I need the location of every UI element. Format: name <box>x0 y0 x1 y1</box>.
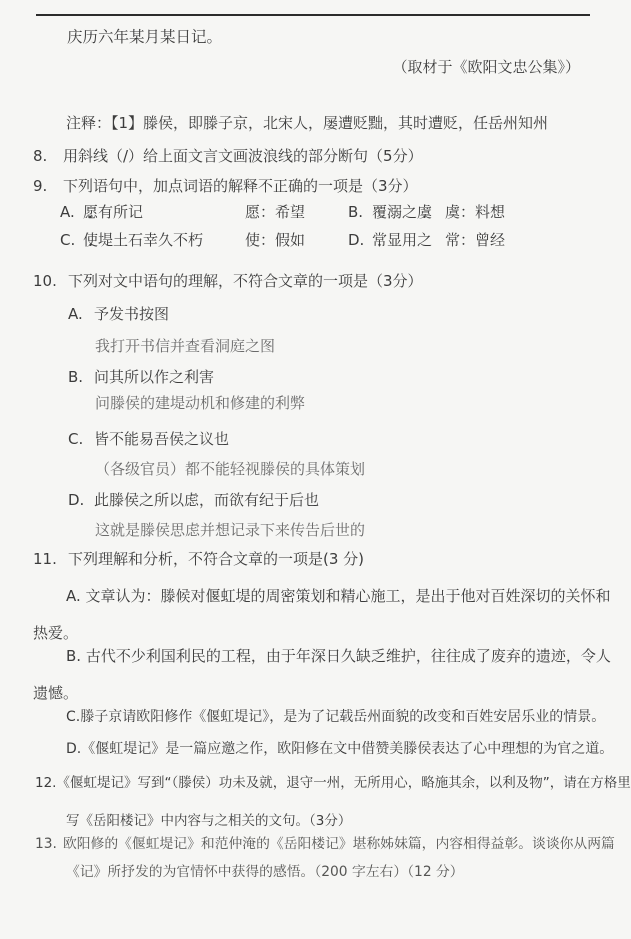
q9-option-c-gloss: 使：假如 <box>245 230 348 250</box>
q11-option-d-text: 《偃虹堤记》是一篇应邀之作，欧阳修在文中借赞美滕侯表达了心中理想的为官之道。 <box>81 741 613 757</box>
source-attribution: （取材于《欧阳文忠公集》） <box>392 56 580 77</box>
q11-option-b-text: 古代不少利国利民的工程，由于年深日久缺乏维护，往往成了废弃的遗迹，令人遗憾。 <box>33 647 611 702</box>
q11-option-d: D.《偃虹堤记》是一篇应邀之作，欧阳修在文中借赞美滕侯表达了心中理想的为官之道。 <box>66 738 613 758</box>
q10-option-d-translation: 这就是滕侯思虑并想记录下来传告后世的 <box>95 519 365 540</box>
date-line: 庆历六年某月某日记。 <box>67 25 222 47</box>
q9-options-row-1: A. 愿有所记 愿：希望 B. 覆溺之虞 虞：料想 <box>60 202 505 222</box>
q10-option-b-phrase: 问其所以作之利害 <box>94 368 214 386</box>
question-8: 8.用斜线（/）给上面文言文画波浪线的部分断句（5分） <box>33 145 423 166</box>
q10-option-a-translation: 我打开书信并查看洞庭之图 <box>95 335 275 356</box>
exam-page: 庆历六年某月某日记。 （取材于《欧阳文忠公集》） 注释：【1】滕侯，即滕子京，北… <box>0 0 631 939</box>
q9-option-b-pre: 覆溺之 <box>372 203 417 221</box>
q9-option-d-label: D. <box>348 230 372 250</box>
q10-option-a-phrase: 予发书按图 <box>94 305 169 323</box>
q10-option-a-label: A. <box>68 305 94 323</box>
q9-option-b-gloss: 虞：料想 <box>445 202 505 222</box>
question-12-number: 12. <box>35 775 56 791</box>
q9-option-d-phrase: 常显用之 <box>372 230 445 250</box>
q9-option-b-dotted-char: 虞 <box>417 203 432 221</box>
question-12-text: 《偃虹堤记》写到“（滕侯）功未及就，退守一州，无所用心，略施其余，以利及物”，请… <box>56 775 631 829</box>
question-11-text: 下列理解和分析，不符合文章的一项是(3 分) <box>68 550 364 568</box>
q10-option-d-label: D. <box>68 491 94 509</box>
q10-option-b: B.问其所以作之利害 <box>68 366 214 387</box>
q9-option-a-phrase: 愿有所记 <box>83 202 245 222</box>
question-10: 10.下列对文中语句的理解，不符合文章的一项是（3分） <box>33 270 423 291</box>
top-divider-line <box>36 14 590 16</box>
q9-option-c-post: 堤土石幸久不朽 <box>98 231 203 249</box>
question-10-text: 下列对文中语句的理解，不符合文章的一项是（3分） <box>68 272 423 290</box>
q9-option-a-post: 有所记 <box>98 203 143 221</box>
q11-option-b-label: B. <box>66 647 86 665</box>
question-12: 12.《偃虹堤记》写到“（滕侯）功未及就，退守一州，无所用心，略施其余，以利及物… <box>35 764 631 840</box>
q10-option-c-phrase: 皆不能易吾侯之议也 <box>94 430 229 448</box>
q9-option-d-gloss: 常：曾经 <box>445 230 505 250</box>
q9-option-a-label: A. <box>60 202 83 222</box>
q9-options-row-2: C. 使堤土石幸久不朽 使：假如 D. 常显用之 常：曾经 <box>60 230 505 250</box>
question-11: 11.下列理解和分析，不符合文章的一项是(3 分) <box>33 548 364 569</box>
question-8-number: 8. <box>33 147 63 165</box>
question-9-number: 9. <box>33 177 63 195</box>
q10-option-d: D.此滕侯之所以虑，而欲有纪于后也 <box>68 489 319 510</box>
question-13-text: 欧阳修的《偃虹堤记》和范仲淹的《岳阳楼记》堪称姊妹篇，内容相得益彰。谈谈你从两篇… <box>63 836 615 880</box>
q10-option-a: A.予发书按图 <box>68 303 169 324</box>
q9-option-c-label: C. <box>60 230 83 250</box>
q9-option-c-phrase: 使堤土石幸久不朽 <box>83 230 245 250</box>
q11-option-d-label: D. <box>66 741 81 757</box>
q9-option-d-post: 显用之 <box>387 231 432 249</box>
question-9-text: 下列语句中，加点词语的解释不正确的一项是（3分） <box>63 177 418 195</box>
q11-option-b: B. 古代不少利国利民的工程，由于年深日久缺乏维护，往往成了废弃的遗迹，令人遗憾… <box>33 638 615 712</box>
footnote-line: 注释：【1】滕侯，即滕子京，北宋人，屡遭贬黜，其时遭贬，任岳州知州 <box>66 112 548 133</box>
q11-option-a-text: 文章认为：滕候对偃虹堤的周密策划和精心施工，是出于他对百姓深切的关怀和热爱。 <box>33 587 611 642</box>
question-10-number: 10. <box>33 272 68 290</box>
q9-option-b-label: B. <box>348 202 372 222</box>
q11-option-c: C.滕子京请欧阳修作《偃虹堤记》，是为了记载岳州面貌的改变和百姓安居乐业的情景。 <box>66 706 605 726</box>
q9-option-a-dotted-char: 愿 <box>83 203 98 221</box>
q10-option-c-translation: （各级官员）都不能轻视滕侯的具体策划 <box>95 458 365 479</box>
q10-option-d-phrase: 此滕侯之所以虑，而欲有纪于后也 <box>94 491 319 509</box>
question-8-text: 用斜线（/）给上面文言文画波浪线的部分断句（5分） <box>63 147 423 165</box>
q10-option-b-label: B. <box>68 368 94 386</box>
q10-option-b-translation: 问滕侯的建堤动机和修建的利弊 <box>95 392 305 413</box>
question-11-number: 11. <box>33 550 68 568</box>
q11-option-a-label: A. <box>66 587 86 605</box>
q9-option-a-gloss: 愿：希望 <box>245 202 348 222</box>
question-13: 13.欧阳修的《偃虹堤记》和范仲淹的《岳阳楼记》堪称姊妹篇，内容相得益彰。谈谈你… <box>35 830 631 886</box>
q9-option-c-dotted-char: 使 <box>83 231 98 249</box>
q11-option-c-label: C. <box>66 709 80 725</box>
q9-option-b-phrase: 覆溺之虞 <box>372 202 445 222</box>
question-13-number: 13. <box>35 836 57 852</box>
q9-option-d-dotted-char: 常 <box>372 231 387 249</box>
q10-option-c: C.皆不能易吾侯之议也 <box>68 428 229 449</box>
q10-option-c-label: C. <box>68 430 94 448</box>
question-9: 9.下列语句中，加点词语的解释不正确的一项是（3分） <box>33 175 418 196</box>
q11-option-c-text: 滕子京请欧阳修作《偃虹堤记》，是为了记载岳州面貌的改变和百姓安居乐业的情景。 <box>80 709 605 725</box>
